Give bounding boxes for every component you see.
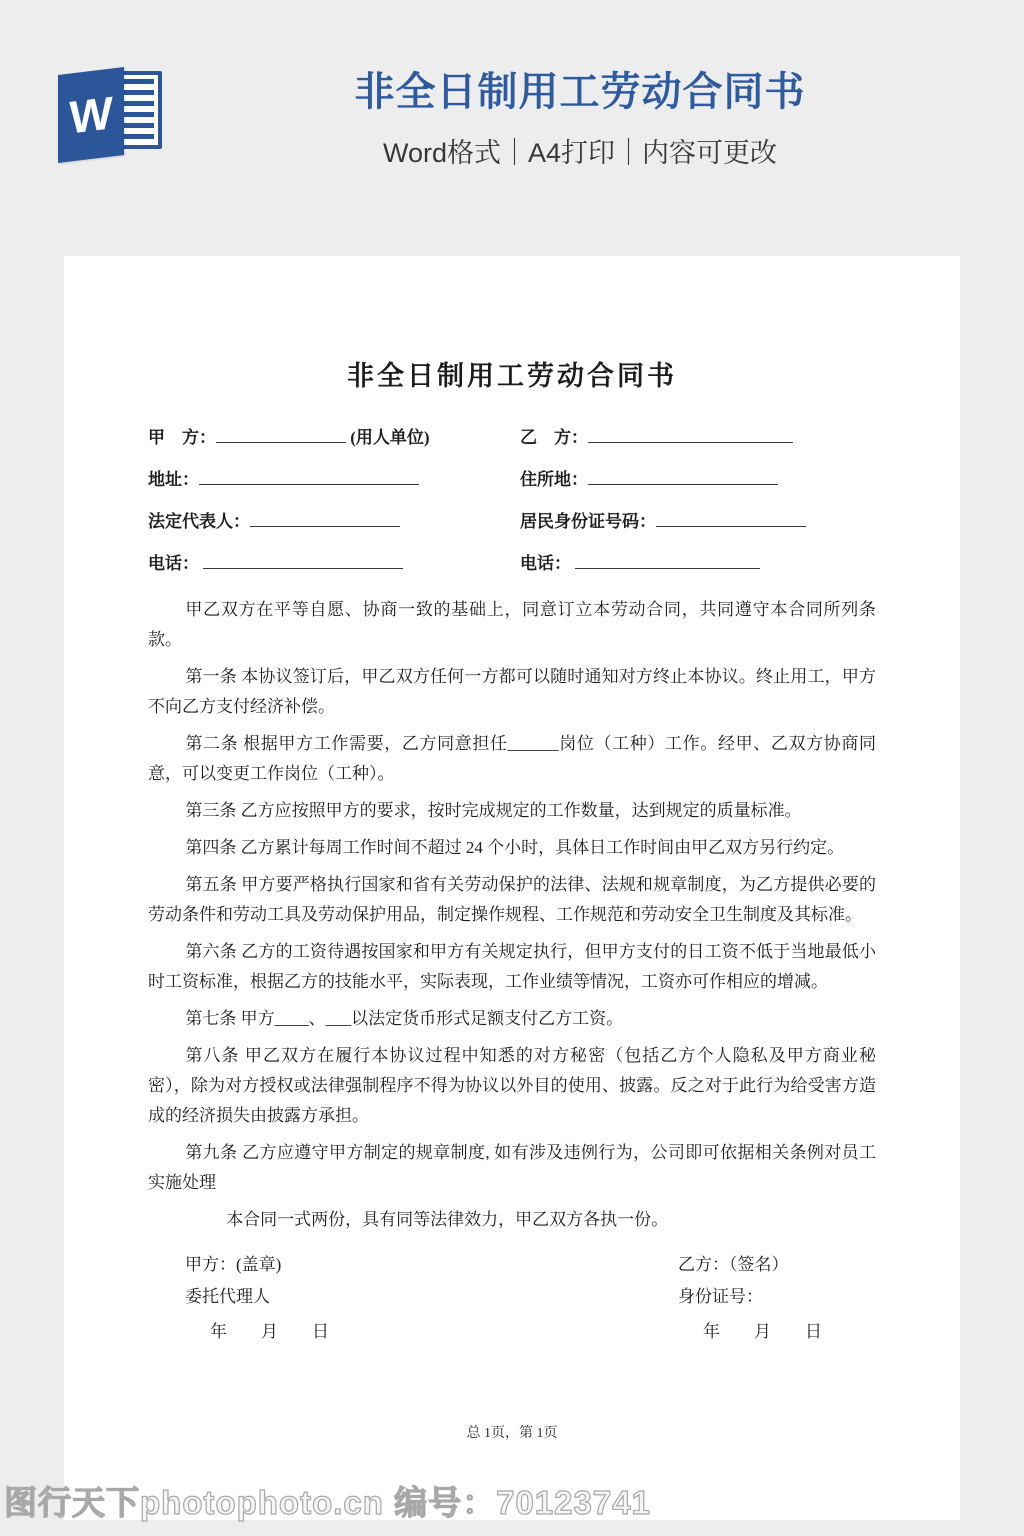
contract-clause-6: 第六条 乙方的工资待遇按国家和甲方有关规定执行，但甲方支付的日工资不低于当地最低… <box>148 937 876 997</box>
blank-line <box>575 554 760 569</box>
signature-party-a: 甲方：(盖章) 委托代理人 年 月 日 <box>148 1249 678 1348</box>
field-row-address: 地址： 住所地： <box>148 465 876 495</box>
document-page: 非全日制用工劳动合同书 甲 方： (用人单位) 乙 方： 地址： 住所地： 法定… <box>64 256 960 1520</box>
party-b-sign-line: 乙方：（签名） <box>678 1249 876 1281</box>
header-text-block: 非全日制用工劳动合同书 Word格式｜A4打印｜内容可更改 <box>166 60 994 170</box>
template-header: W 非全日制用工劳动合同书 Word格式｜A4打印｜内容可更改 <box>0 0 1024 256</box>
signature-party-b: 乙方：（签名） 身份证号： 年 月 日 <box>678 1249 876 1348</box>
page-number-footer: 总 1页，第 1页 <box>64 1422 960 1442</box>
document-title: 非全日制用工劳动合同书 <box>148 354 876 393</box>
field-legal-representative: 法定代表人： <box>148 507 520 537</box>
field-party-a: 甲 方： (用人单位) <box>148 423 520 453</box>
field-address: 地址： <box>148 465 520 495</box>
contract-closing: 本合同一式两份，具有同等法律效力，甲乙双方各执一份。 <box>148 1205 876 1235</box>
party-a-seal-line: 甲方：(盖章) <box>185 1249 678 1281</box>
contract-body: 甲乙双方在平等自愿、协商一致的基础上，同意订立本劳动合同，共同遵守本合同所列条款… <box>148 595 876 1235</box>
field-row-representative: 法定代表人： 居民身份证号码： <box>148 507 876 537</box>
template-title: 非全日制用工劳动合同书 <box>166 60 994 117</box>
field-row-phone: 电话： 电话： <box>148 549 876 579</box>
template-subtitle: Word格式｜A4打印｜内容可更改 <box>166 131 994 170</box>
blank-line <box>588 428 793 443</box>
blank-line <box>199 470 419 485</box>
contract-clause-4: 第四条 乙方累计每周工作时间不超过 24 个小时，具体日工作时间由甲乙双方另行约… <box>148 833 876 863</box>
field-id-number: 居民身份证号码： <box>520 507 876 537</box>
party-b-id-line: 身份证号： <box>678 1281 876 1313</box>
field-phone-b: 电话： <box>520 549 876 579</box>
party-a-agent-line: 委托代理人 <box>185 1281 678 1313</box>
contract-clause-3: 第三条 乙方应按照甲方的要求，按时完成规定的工作数量，达到规定的质量标准。 <box>148 796 876 826</box>
ms-word-icon: W <box>58 63 166 167</box>
field-party-b: 乙 方： <box>520 423 876 453</box>
blank-line <box>250 512 400 527</box>
field-label: 居民身份证号码： <box>520 512 656 531</box>
field-label: 法定代表人： <box>148 512 250 531</box>
word-icon-letter: W <box>69 89 112 140</box>
blank-line <box>656 512 806 527</box>
blank-line <box>216 428 346 443</box>
stock-site-watermark: 图行天下photophoto.cn 编号：70123741 <box>4 1477 651 1524</box>
contract-fields: 甲 方： (用人单位) 乙 方： 地址： 住所地： 法定代表人： 居民身份证号码… <box>148 423 876 579</box>
blank-line <box>588 470 778 485</box>
contract-clause-1: 第一条 本协议签订后，甲乙双方任何一方都可以随时通知对方终止本协议。终止用工，甲… <box>148 662 876 722</box>
field-phone-a: 电话： <box>148 549 520 579</box>
contract-preamble: 甲乙双方在平等自愿、协商一致的基础上，同意订立本劳动合同，共同遵守本合同所列条款… <box>148 595 876 655</box>
contract-clause-5: 第五条 甲方要严格执行国家和省有关劳动保护的法律、法规和规章制度，为乙方提供必要… <box>148 870 876 930</box>
contract-clause-9: 第九条 乙方应遵守甲方制定的规章制度, 如有涉及违例行为，公司即可依据相关条例对… <box>148 1138 876 1198</box>
field-label: 甲 方： <box>148 428 216 447</box>
field-label: 住所地： <box>520 470 588 489</box>
field-row-party: 甲 方： (用人单位) 乙 方： <box>148 423 876 453</box>
field-label: 乙 方： <box>520 428 588 447</box>
field-suffix: (用人单位) <box>350 428 429 447</box>
word-icon-panel: W <box>58 67 124 163</box>
field-label: 电话： <box>520 554 571 573</box>
field-label: 地址： <box>148 470 199 489</box>
field-residence: 住所地： <box>520 465 876 495</box>
party-a-date-line: 年 月 日 <box>185 1316 678 1348</box>
contract-clause-7: 第七条 甲方____、___以法定货币形式足额支付乙方工资。 <box>148 1004 876 1034</box>
party-b-date-line: 年 月 日 <box>678 1316 876 1348</box>
contract-clause-2: 第二条 根据甲方工作需要，乙方同意担任______岗位（工种）工作。经甲、乙双方… <box>148 729 876 789</box>
signature-block: 甲方：(盖章) 委托代理人 年 月 日 乙方：（签名） 身份证号： 年 月 日 <box>148 1249 876 1348</box>
field-label: 电话： <box>148 554 199 573</box>
contract-clause-8: 第八条 甲乙双方在履行本协议过程中知悉的对方秘密（包括乙方个人隐私及甲方商业秘密… <box>148 1041 876 1131</box>
blank-line <box>203 554 403 569</box>
